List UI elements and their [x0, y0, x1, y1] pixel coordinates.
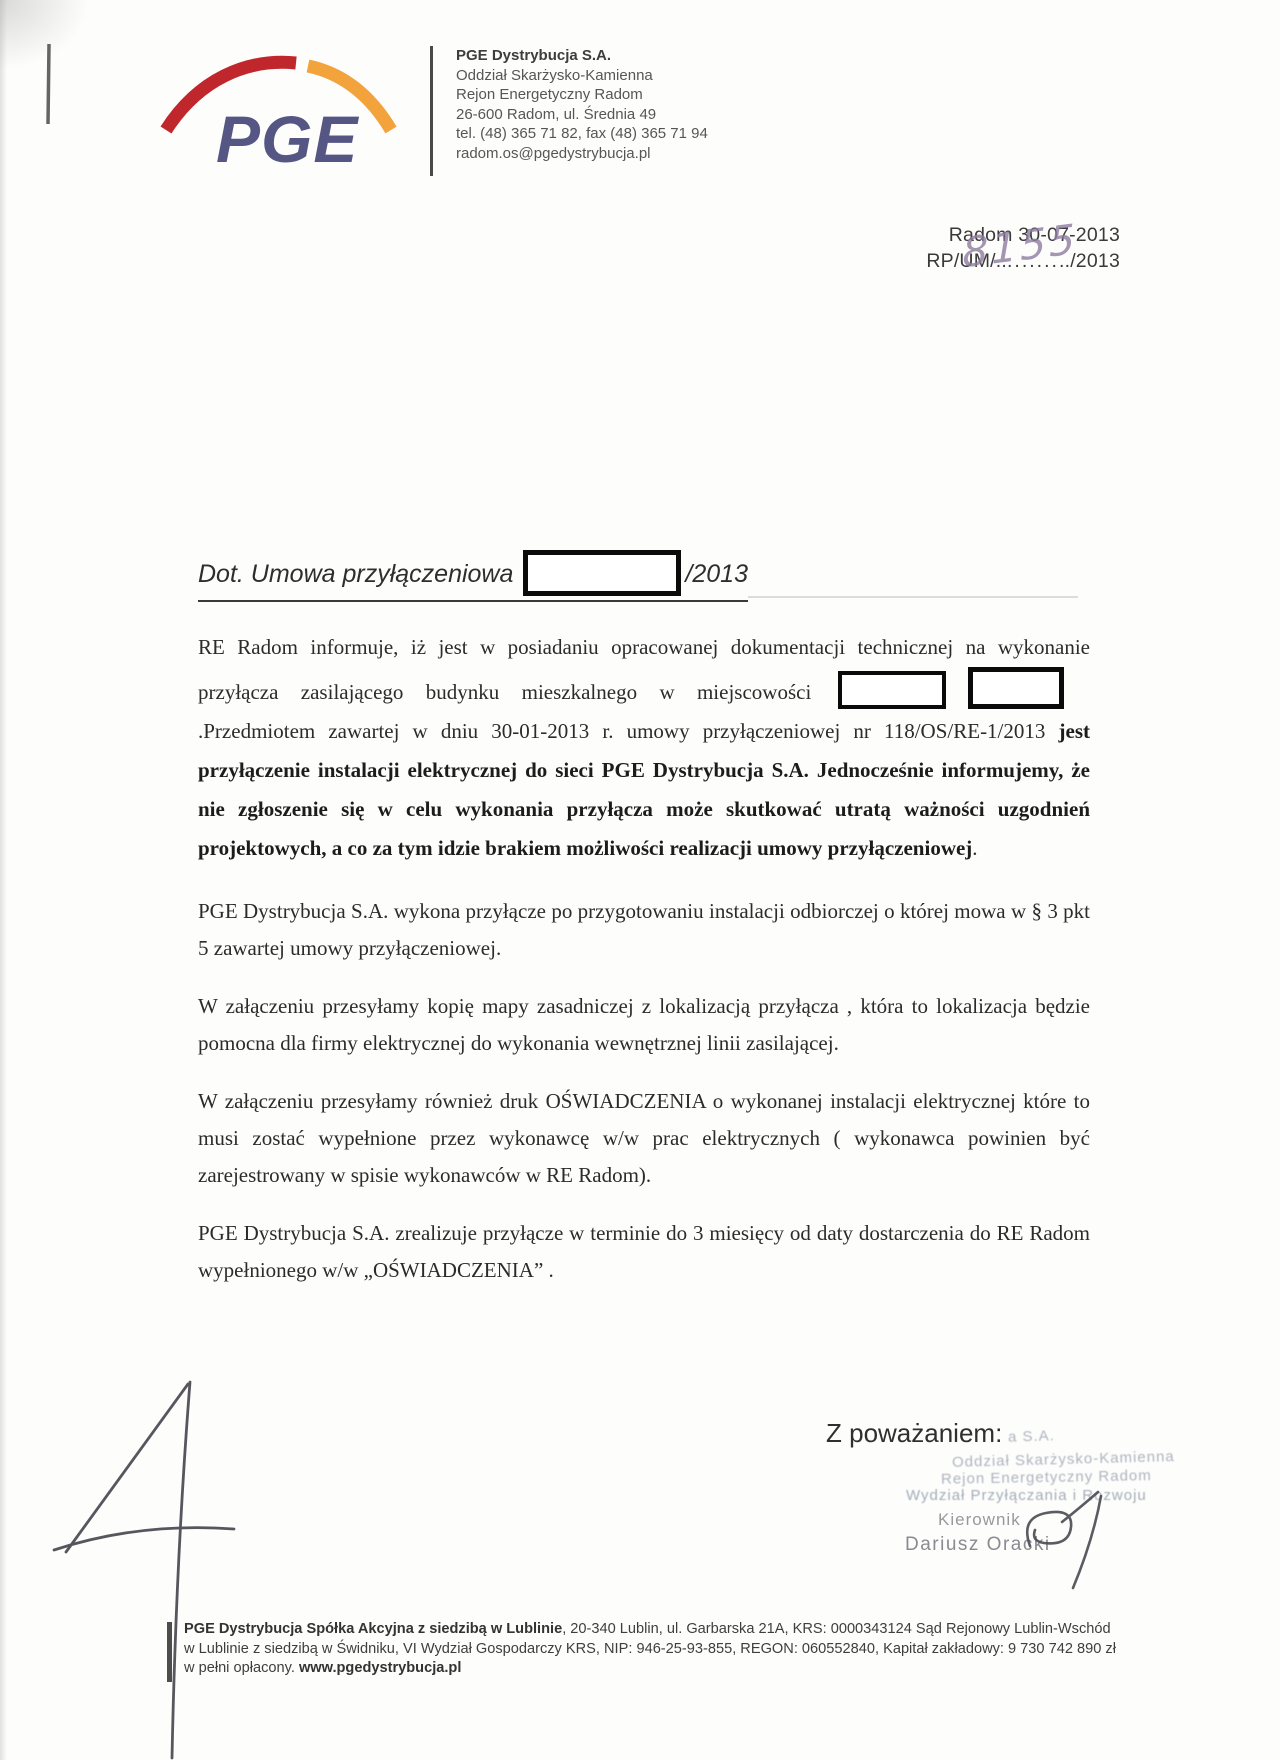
footer-line-1: PGE Dystrybucja Spółka Akcyjna z siedzib… [184, 1620, 1214, 1640]
stamp-line: Rejon Energetyczny Radom [941, 1467, 1152, 1488]
signature-scribble-bottom-left-icon [54, 1382, 234, 1758]
paragraph-2: PGE Dystrybucja S.A. wykona przyłącze po… [198, 893, 1090, 967]
subject-suffix: /2013 [685, 560, 748, 588]
subject-redaction-box [523, 550, 681, 596]
company-address: 26-600 Radom, ul. Średnia 49 [456, 105, 708, 125]
subject-label: Dot. Umowa przyłączeniowa [198, 560, 513, 588]
letterhead-divider [430, 46, 433, 176]
footer-website: www.pgedystrybucja.pl [299, 1660, 461, 1676]
footer-bar [167, 1622, 172, 1682]
company-email: radom.os@pgedystrybucja.pl [456, 144, 708, 164]
paragraph-4: W załączeniu przesyłamy również druk OŚW… [198, 1083, 1090, 1194]
footer-line-2: w Lublinie z siedzibą w Świdniku, VI Wyd… [184, 1640, 1214, 1660]
company-name: PGE Dystrybucja S.A. [456, 46, 708, 66]
paragraph-5: PGE Dystrybucja S.A. zrealizuje przyłącz… [198, 1215, 1090, 1289]
scan-left-edge-shadow [0, 0, 7, 1760]
pge-logo: PGE [158, 48, 398, 170]
company-region: Rejon Energetyczny Radom [456, 85, 708, 105]
redaction-box [968, 667, 1064, 709]
stamp-line: Wydział Przyłączania i Rozwoju [906, 1487, 1147, 1504]
paragraph-1: RE Radom informuje, iż jest w posiadaniu… [198, 628, 1090, 868]
signatory-name: Dariusz Oracki [905, 1534, 1051, 1556]
company-branch: Oddział Skarżysko-Kamienna [456, 66, 708, 86]
scanned-letter-page: { "colors": { "logo_text": "#565684", "l… [0, 0, 1280, 1760]
paragraph-3: W załączeniu przesyłamy kopię mapy zasad… [198, 988, 1090, 1062]
logo-wordmark: PGE [216, 102, 359, 170]
letter-body: RE Radom informuje, iż jest w posiadaniu… [198, 628, 1090, 1310]
company-phone: tel. (48) 365 71 82, fax (48) 365 71 94 [456, 124, 708, 144]
company-info: PGE Dystrybucja S.A. Oddział Skarżysko-K… [456, 46, 708, 163]
scan-faint-line [748, 596, 1078, 598]
redaction-box [838, 671, 946, 709]
closing-salutation: Z poważaniem: [826, 1418, 1002, 1449]
stamp-line: a S.A. [1008, 1427, 1055, 1446]
signatory-title: Kierownik [938, 1510, 1021, 1530]
scan-corner-shadow [0, 0, 90, 70]
footer-legal: PGE Dystrybucja Spółka Akcyjna z siedzib… [184, 1620, 1214, 1679]
footer-line-3: w pełni opłacony. www.pgedystrybucja.pl [184, 1659, 1214, 1679]
subject-line: Dot. Umowa przyłączeniowa/2013 [198, 550, 748, 602]
